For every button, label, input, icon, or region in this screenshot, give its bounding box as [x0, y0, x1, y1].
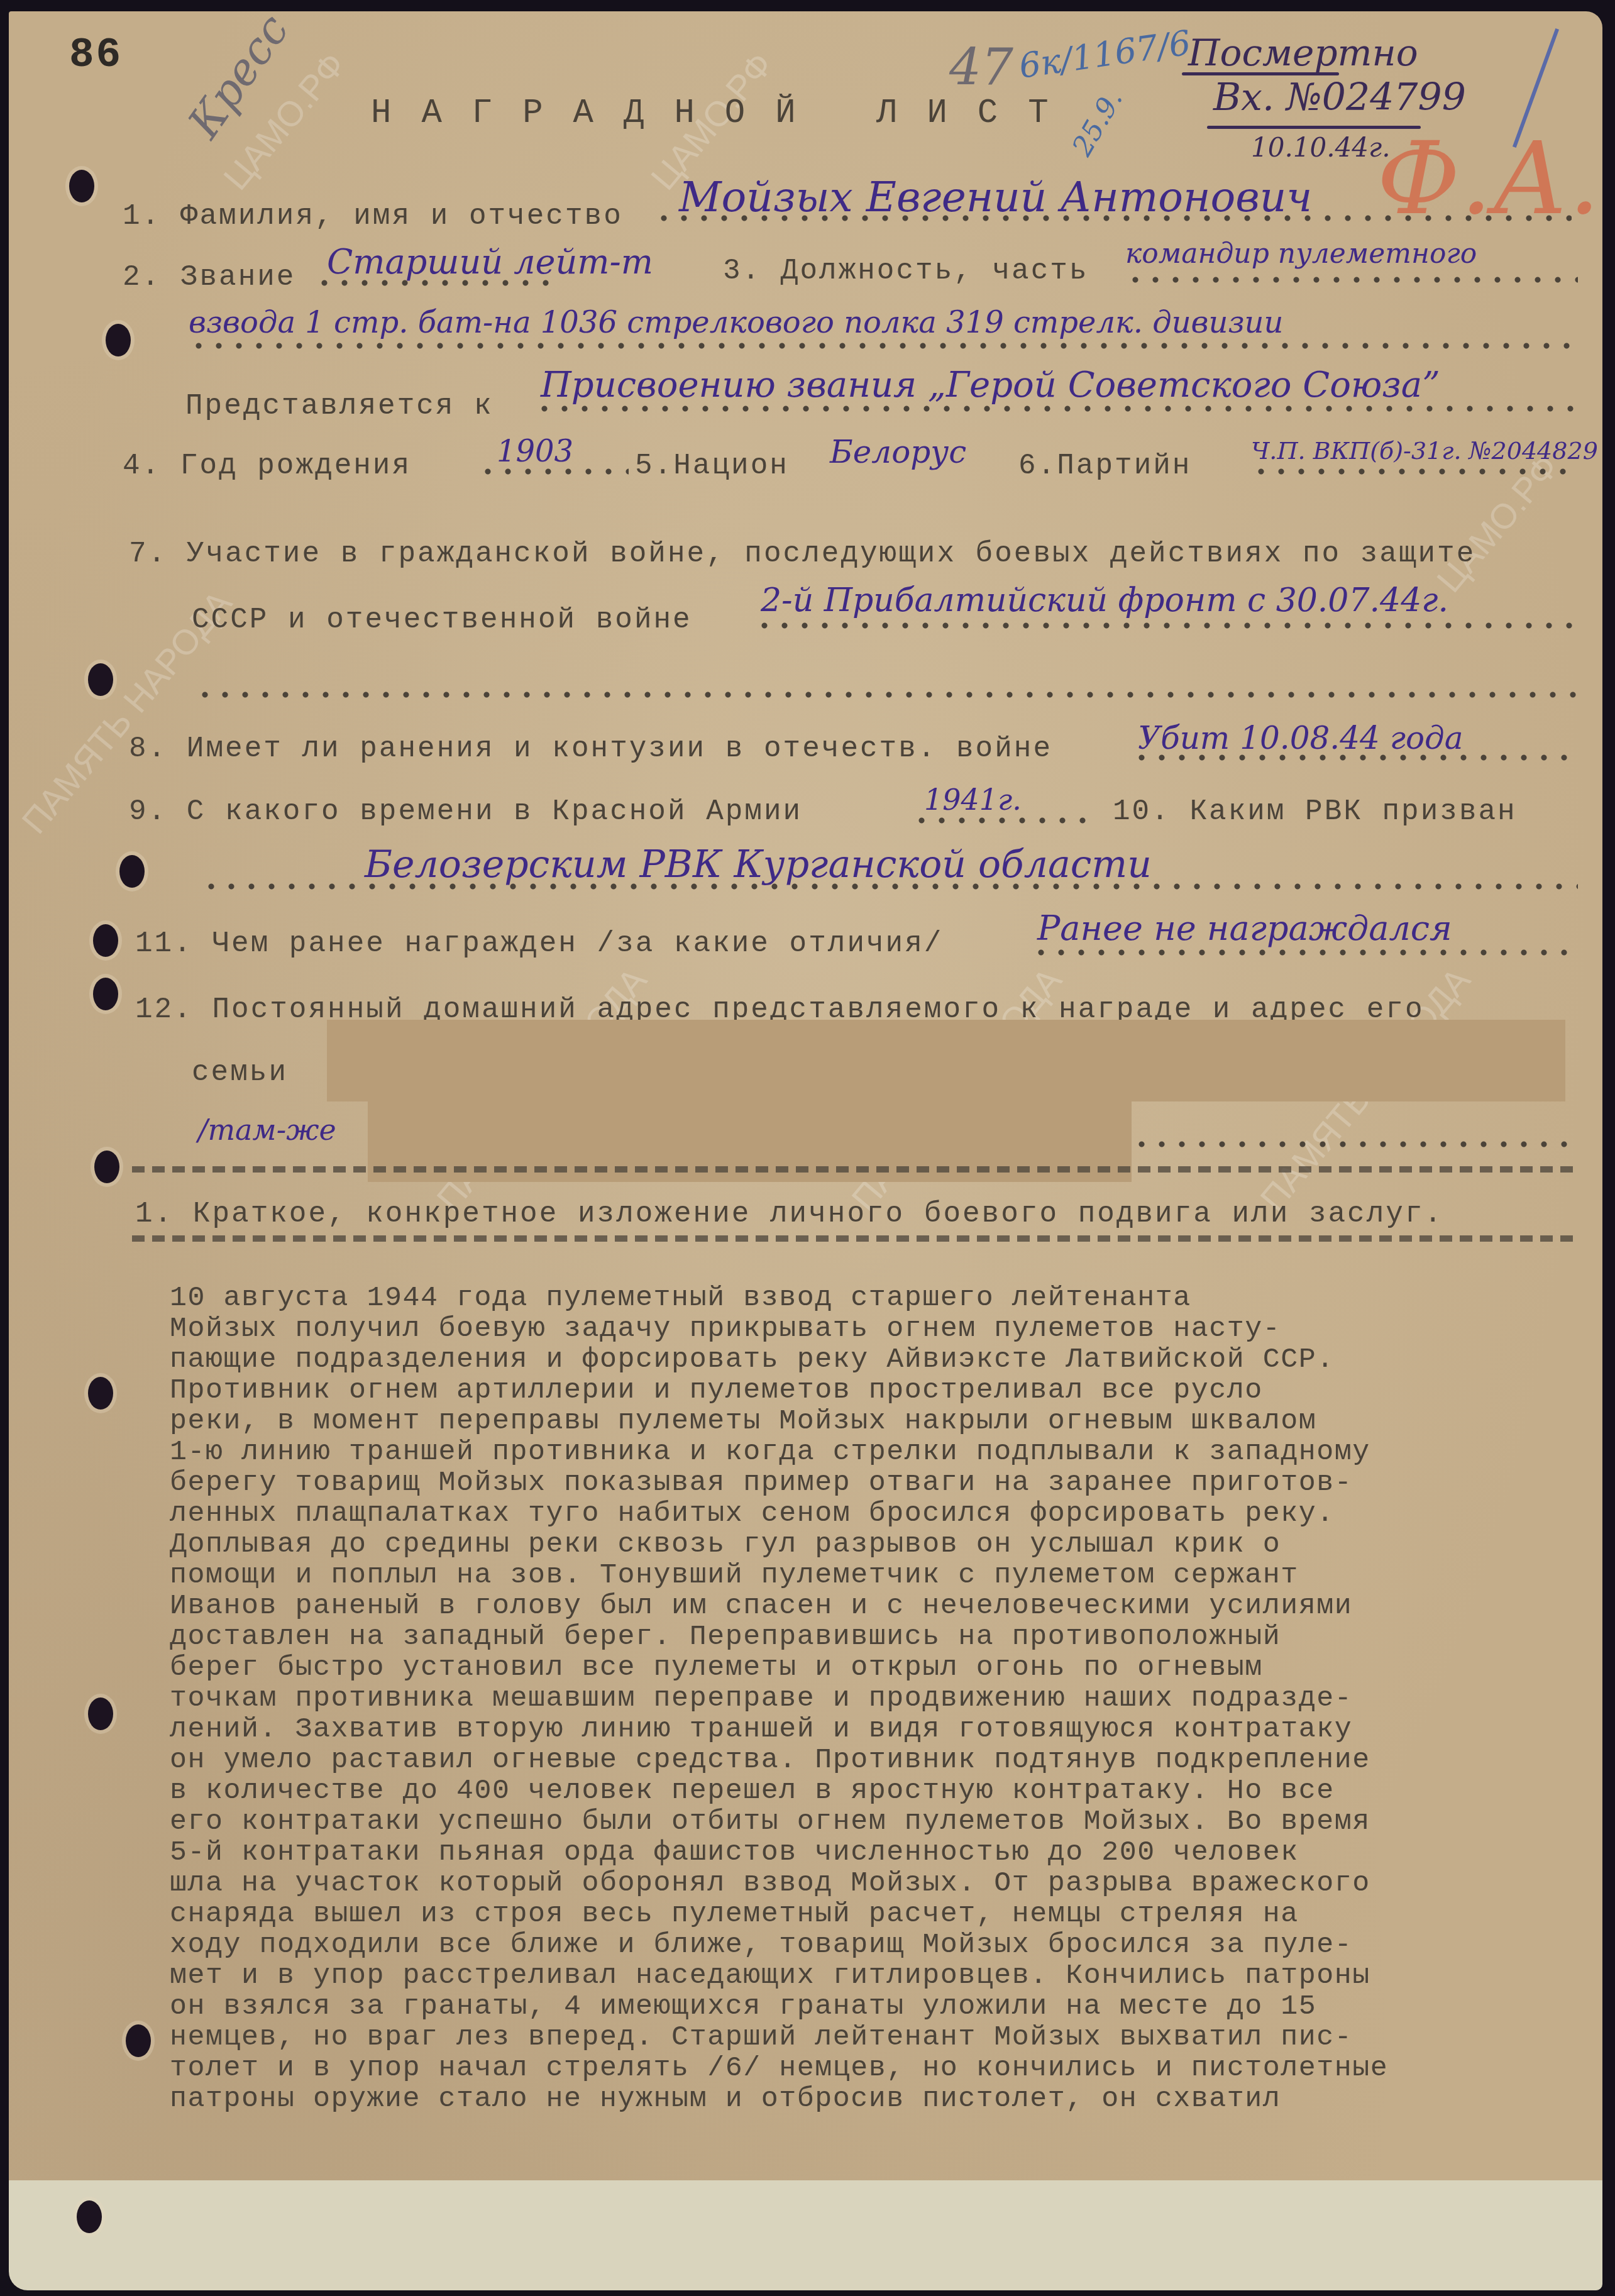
punch-hole [88, 663, 113, 696]
incoming-number: Вх. №024799 [1213, 75, 1466, 119]
dotted-fill-line [189, 343, 1578, 349]
field-value-fio: Мойзых Евгений Антонович [679, 173, 1312, 221]
archive-number: 47 [949, 38, 1013, 96]
dotted-fill-line [1132, 754, 1578, 761]
field-label-wounds: 8. Имеет ли ранения и контузии в отечест… [129, 732, 1052, 765]
punch-hole [77, 2200, 102, 2233]
section-heading: 1. Краткое, конкретное изложение личного… [135, 1198, 1443, 1230]
field-label-nationality: 5.Национ [635, 450, 789, 482]
dotted-fill-line [478, 468, 629, 475]
field-value-war-participation: 2-й Прибалтийский фронт с 30.07.44г. [761, 582, 1448, 619]
field-value-rank: Старший лейт-т [327, 242, 653, 282]
field-label-war-participation-line2: СССР и отечественной войне [192, 604, 692, 636]
field-value-position: командир пулеметного [1125, 238, 1477, 270]
incoming-date: 10.10.44г. [1251, 132, 1391, 163]
field-label-rvk: 10. Каким РВК призван [1113, 795, 1517, 828]
punch-hole [94, 1151, 119, 1183]
field-label-party: 6.Партийн [1018, 450, 1191, 482]
punch-hole [119, 855, 145, 888]
dotted-fill-line [1031, 949, 1578, 956]
field-value-party: Ч.П. ВКП(б)-31г. №2044829 [1251, 437, 1598, 465]
dotted-fill-line [534, 406, 1578, 412]
field-label-rank: 2. Звание [123, 261, 295, 294]
dotted-fill-line [201, 883, 1578, 890]
section-separator [132, 1166, 1578, 1173]
dotted-fill-line [314, 280, 553, 286]
redacted-address [327, 1020, 1565, 1101]
field-label-birth-year: 4. Год рождения [123, 450, 411, 482]
punch-hole [106, 324, 131, 356]
field-label-previous-awards: 11. Чем ранее награжден /за какие отличи… [135, 927, 943, 960]
folded-bottom-edge [9, 2180, 1602, 2290]
field-value-wounds: Убит 10.08.44 года [1138, 720, 1463, 756]
posthumous-note: Посмертно [1188, 31, 1418, 74]
dotted-fill-line [1132, 1141, 1572, 1147]
dotted-fill-line [754, 622, 1578, 629]
field-label-army-since: 9. С какого времени в Красной Армии [129, 795, 802, 828]
dotted-fill-line [912, 817, 1094, 824]
field-label-address-line2: семьи [192, 1056, 288, 1089]
field-value-birth-year: 1903 [497, 434, 573, 469]
field-value-previous-awards: Ранее не награждался [1037, 908, 1452, 948]
field-value-address: /там-же [198, 1113, 336, 1147]
field-label-fio: 1. Фамилия, имя и отчество [123, 200, 623, 233]
section-separator [132, 1235, 1578, 1242]
field-label-war-participation: 7. Участие в гражданской войне, последую… [129, 538, 1475, 570]
punch-hole [93, 978, 118, 1010]
field-value-rvk: Белозерским РВК Курганской области [365, 842, 1152, 886]
page-number: 86 [69, 31, 123, 79]
document-title: НАГРАДНОЙ ЛИСТ [371, 94, 1079, 133]
field-label-position: 3. Должность, часть [723, 255, 1089, 287]
field-value-nationality: Белорус [830, 434, 966, 470]
punch-hole [88, 1377, 113, 1410]
punch-hole [93, 924, 118, 957]
field-value-nominated: Присвоению звания „Герой Советского Союз… [541, 365, 1440, 406]
feat-narrative: 10 августа 1944 года пулеметный взвод ст… [170, 1283, 1572, 2114]
field-label-nominated: Представляется к [185, 390, 493, 422]
punch-hole [69, 170, 94, 202]
dotted-fill-line [1125, 277, 1578, 283]
dotted-fill-line [1251, 468, 1578, 475]
punch-hole [88, 1697, 113, 1730]
punch-hole [126, 2024, 151, 2057]
field-value-army-since: 1941г. [924, 783, 1022, 817]
dotted-fill-line [195, 692, 1578, 698]
field-value-position-line2: взвода 1 стр. бат-на 1036 стрелкового по… [189, 305, 1283, 340]
